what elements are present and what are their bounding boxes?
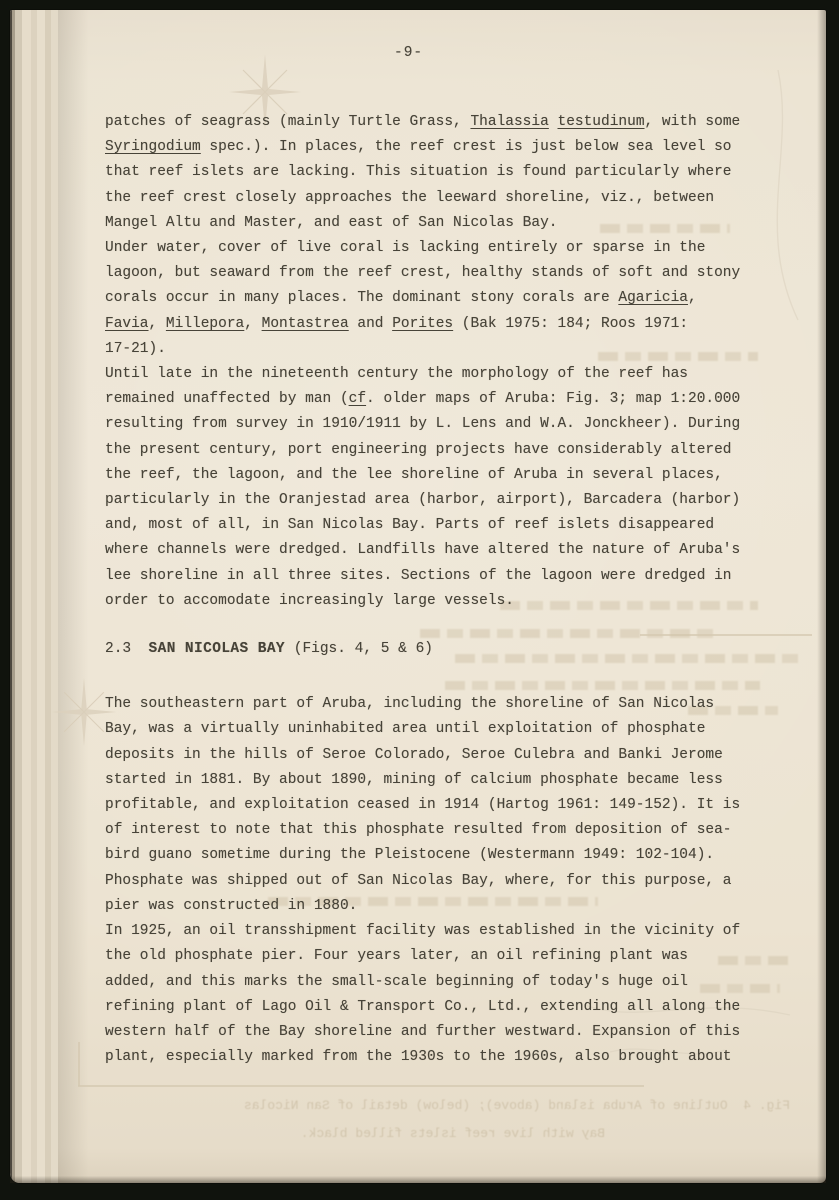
text-line: pier was constructed in 1880. <box>105 894 753 919</box>
underlined-term: testudinum <box>558 114 645 130</box>
text-line: Under water, cover of live coral is lack… <box>105 236 753 261</box>
text-line: order to accomodate increasingly large v… <box>105 589 753 614</box>
text-line: 2.3 SAN NICOLAS BAY (Figs. 4, 5 & 6) <box>105 637 753 662</box>
text-line: refining plant of Lago Oil & Transport C… <box>105 995 753 1020</box>
text-line: patches of seagrass (mainly Turtle Grass… <box>105 110 753 135</box>
paragraph: Under water, cover of live coral is lack… <box>105 236 753 362</box>
text-line: and, most of all, in San Nicolas Bay. Pa… <box>105 513 753 538</box>
text-line: lagoon, but seaward from the reef crest,… <box>105 261 753 286</box>
text-line: corals occur in many places. The dominan… <box>105 286 753 311</box>
text-line: Mangel Altu and Master, and east of San … <box>105 211 753 236</box>
underlined-term: Porites <box>392 316 453 332</box>
text-line: of interest to note that this phosphate … <box>105 818 753 843</box>
underlined-term: cf <box>349 391 366 407</box>
text-block: patches of seagrass (mainly Turtle Grass… <box>105 110 753 1070</box>
paragraph: The southeastern part of Aruba, includin… <box>105 692 753 919</box>
text-line: 17-21). <box>105 337 753 362</box>
text-line: particularly in the Oranjestad area (har… <box>105 488 753 513</box>
paragraph: Until late in the nineteenth century the… <box>105 362 753 614</box>
text-line: lee shoreline in all three sites. Sectio… <box>105 564 753 589</box>
text-line: bird guano sometime during the Pleistoce… <box>105 843 753 868</box>
text-line: the present century, port engineering pr… <box>105 438 753 463</box>
text-line: added, and this marks the small-scale be… <box>105 970 753 995</box>
underlined-term: Montastrea <box>262 316 349 332</box>
text-line: that reef islets are lacking. This situa… <box>105 160 753 185</box>
paragraph: In 1925, an oil transshipment facility w… <box>105 919 753 1070</box>
ghost-figure-border <box>78 1042 80 1086</box>
text-line: profitable, and exploitation ceased in 1… <box>105 793 753 818</box>
bold-text: SAN NICOLAS BAY <box>149 641 286 657</box>
text-line: started in 1881. By about 1890, mining o… <box>105 768 753 793</box>
underlined-term: Syringodium <box>105 139 201 155</box>
page-number: -9- <box>394 45 423 61</box>
text-line: resulting from survey in 1910/1911 by L.… <box>105 412 753 437</box>
text-line: Until late in the nineteenth century the… <box>105 362 753 387</box>
text-line: The southeastern part of Aruba, includin… <box>105 692 753 717</box>
text-line: Favia, Millepora, Montastrea and Porites… <box>105 312 753 337</box>
text-line: the reef, the lagoon, and the lee shorel… <box>105 463 753 488</box>
ghost-figure-border <box>78 1085 644 1087</box>
text-line: Phosphate was shipped out of San Nicolas… <box>105 869 753 894</box>
text-line: western half of the Bay shoreline and fu… <box>105 1020 753 1045</box>
text-line: Syringodium spec.). In places, the reef … <box>105 135 753 160</box>
section-heading: 2.3 SAN NICOLAS BAY (Figs. 4, 5 & 6) <box>105 637 753 662</box>
paragraph: patches of seagrass (mainly Turtle Grass… <box>105 110 753 236</box>
underlined-term: Thalassia <box>470 114 548 130</box>
text-line: Bay, was a virtually uninhabited area un… <box>105 717 753 742</box>
underlined-term: Favia <box>105 316 149 332</box>
text-line: plant, especially marked from the 1930s … <box>105 1045 753 1070</box>
text-line: remained unaffected by man (cf. older ma… <box>105 387 753 412</box>
text-line: In 1925, an oil transshipment facility w… <box>105 919 753 944</box>
ghost-caption-line: Fig. 4 Outline of Aruba island (above); … <box>244 1099 790 1113</box>
underlined-term: Millepora <box>166 316 244 332</box>
text-line: deposits in the hills of Seroe Colorado,… <box>105 743 753 768</box>
ghost-caption-line: Bay with live reef islets filled black. <box>300 1127 605 1141</box>
text-line: the reef crest closely approaches the le… <box>105 186 753 211</box>
text-line: where channels were dredged. Landfills h… <box>105 538 753 563</box>
text-line: the old phosphate pier. Four years later… <box>105 944 753 969</box>
underlined-term: Agaricia <box>618 290 688 306</box>
scanned-book-photo: { "page": { "number_label": "-9-", "colo… <box>0 0 839 1200</box>
